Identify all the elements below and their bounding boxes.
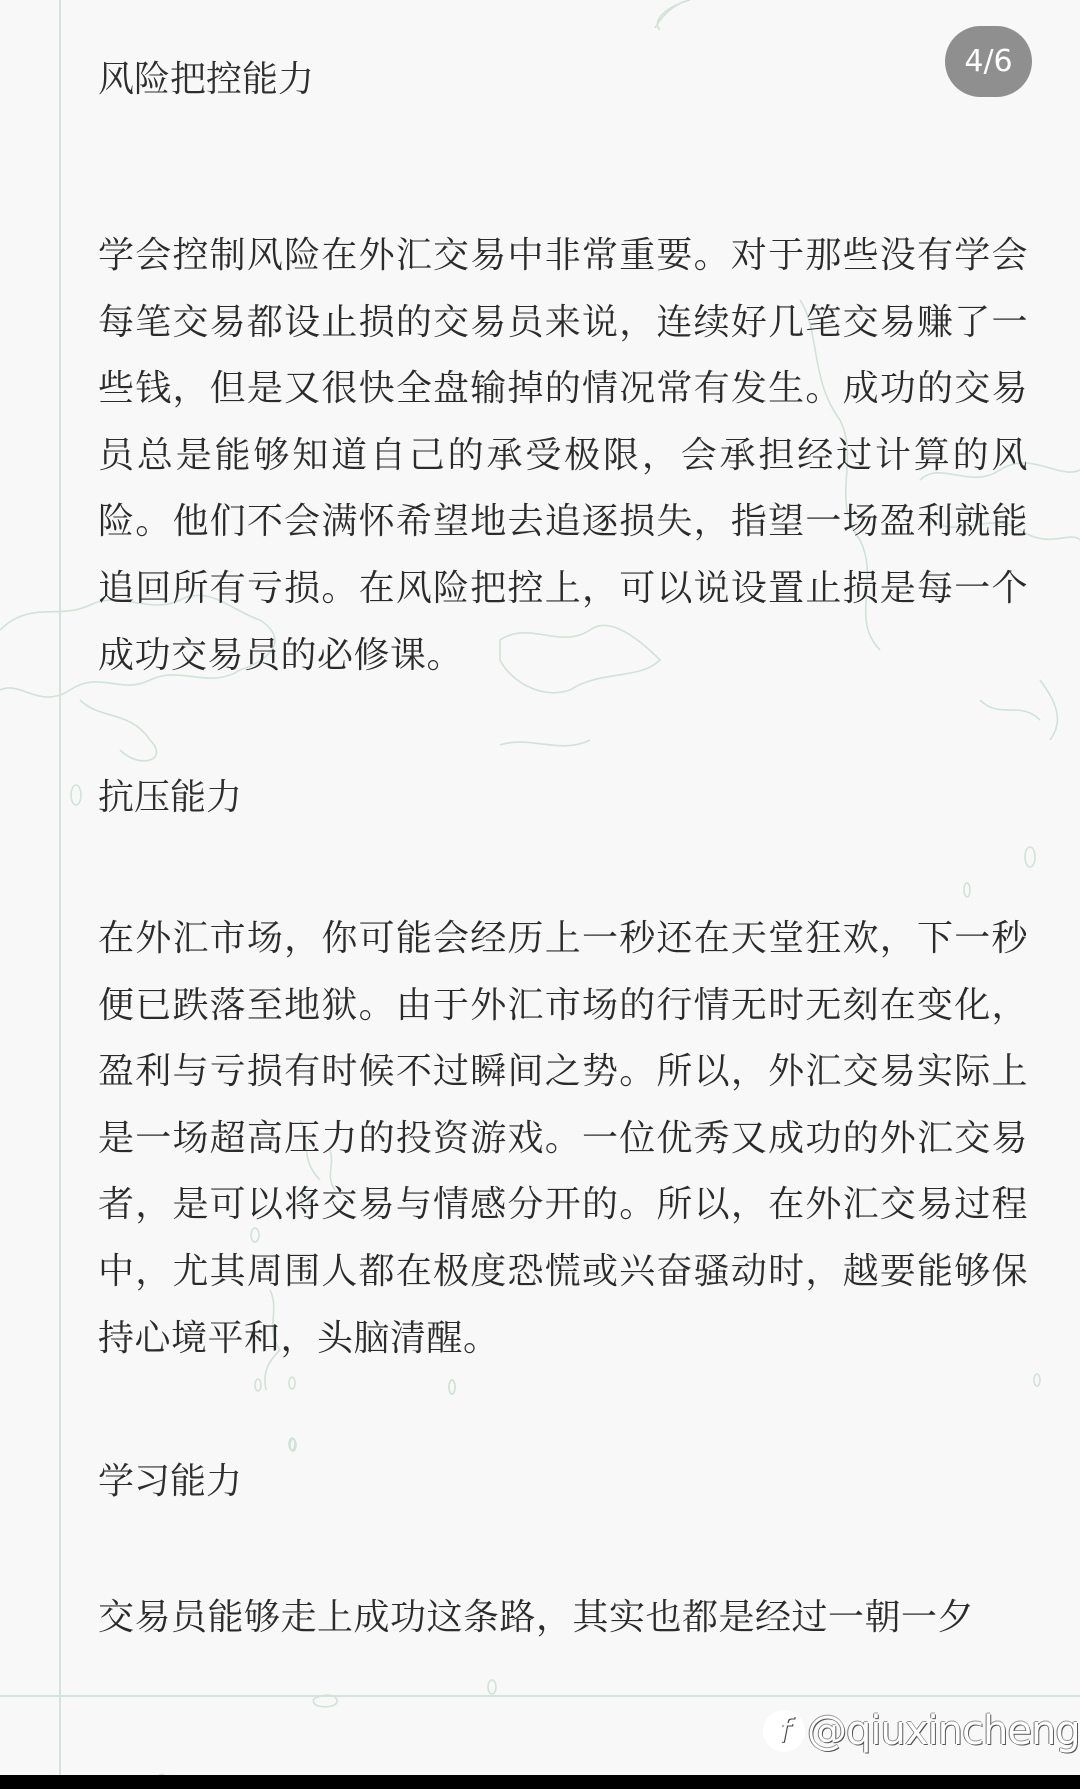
margin-rule-vertical [59, 0, 61, 1789]
screen-bottom-edge [0, 1775, 1080, 1789]
watermark-handle: @qiuxincheng! [807, 1708, 1080, 1754]
section-heading-stress-resistance: 抗压能力 [98, 776, 242, 820]
author-watermark: f @qiuxincheng! [763, 1705, 1080, 1757]
zhihu-logo-icon: f [763, 1710, 805, 1752]
section-paragraph-stress-resistance: 在外汇市场，你可能会经历上一秒还在天堂狂欢，下一秒便已跌落至地狱。由于外汇市场的… [98, 906, 1028, 1372]
page-indicator-label: 4/6 [964, 44, 1012, 79]
section-heading-learning-ability: 学习能力 [98, 1460, 242, 1504]
margin-rule-horizontal [0, 1695, 1080, 1697]
page-indicator-badge: 4/6 [945, 26, 1032, 97]
section-heading-risk-control: 风险把控能力 [98, 58, 314, 102]
section-paragraph-risk-control: 学会控制风险在外汇交易中非常重要。对于那些没有学会每笔交易都设止损的交易员来说，… [98, 223, 1028, 689]
section-paragraph-learning-ability: 交易员能够走上成功这条路，其实也都是经过一朝一夕 [98, 1585, 1028, 1652]
